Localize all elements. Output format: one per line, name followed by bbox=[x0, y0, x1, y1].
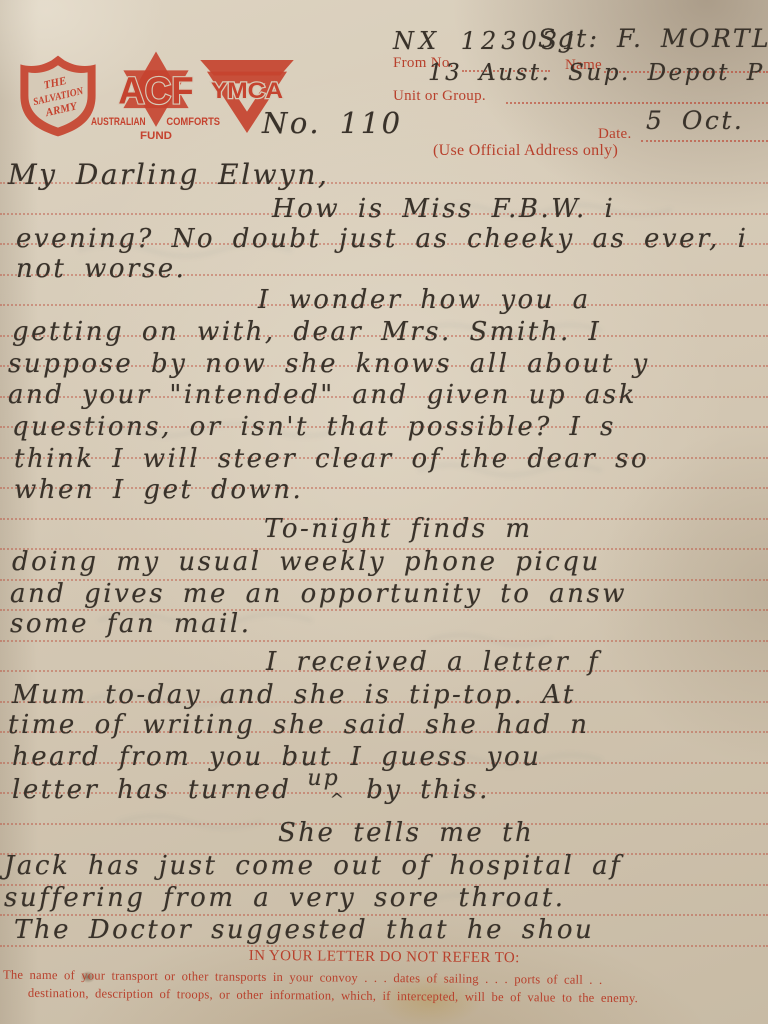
letter-line: questions, or isn't that possible? I s bbox=[12, 412, 616, 442]
letter-line: getting on with, dear Mrs. Smith. I bbox=[12, 317, 601, 347]
letter-line: Jack has just come out of hospital af bbox=[4, 851, 622, 881]
letter-line: doing my usual weekly phone picqu bbox=[12, 547, 601, 577]
letter-line: suppose by now she knows all about y bbox=[8, 349, 650, 379]
inserted-word: up bbox=[291, 766, 339, 791]
letter-line: letter has turned up^ by this. bbox=[12, 775, 490, 808]
letter-line: and your "intended" and given up ask bbox=[8, 380, 637, 410]
letter-line: time of writing she said she had n bbox=[8, 710, 589, 740]
letter-line: The Doctor suggested that he shou bbox=[14, 915, 594, 945]
letter-line: Mum to-day and she is tip-top. At bbox=[12, 680, 576, 710]
letter-line: To-night finds m bbox=[264, 514, 533, 544]
letter-line: How is Miss F.B.W. i bbox=[272, 194, 615, 224]
letter-line: and gives me an opportunity to answ bbox=[10, 579, 627, 609]
letter-photo: THE SALVATION ARMY ACF AUSTRALIAN COMFOR… bbox=[0, 0, 768, 1024]
letter-line: some fan mail. bbox=[10, 609, 252, 639]
letter-line: not worse. bbox=[16, 254, 186, 284]
letter-line: She tells me th bbox=[278, 818, 534, 848]
letter-line: I received a letter f bbox=[266, 647, 600, 677]
letter-line: I wonder how you a bbox=[258, 285, 591, 315]
letter-line: heard from you but I guess you bbox=[12, 742, 541, 772]
letter-line: think I will steer clear of the dear so bbox=[14, 444, 649, 474]
letter-body: My Darling Elwyn,How is Miss F.B.W. ieve… bbox=[0, 0, 768, 1024]
letter-line: My Darling Elwyn, bbox=[8, 160, 329, 190]
letter-line: suffering from a very sore throat. bbox=[4, 883, 566, 913]
insertion-caret: ^ bbox=[330, 790, 347, 810]
letter-line: when I get down. bbox=[14, 475, 303, 505]
letter-line: evening? No doubt just as cheeky as ever… bbox=[16, 224, 748, 254]
